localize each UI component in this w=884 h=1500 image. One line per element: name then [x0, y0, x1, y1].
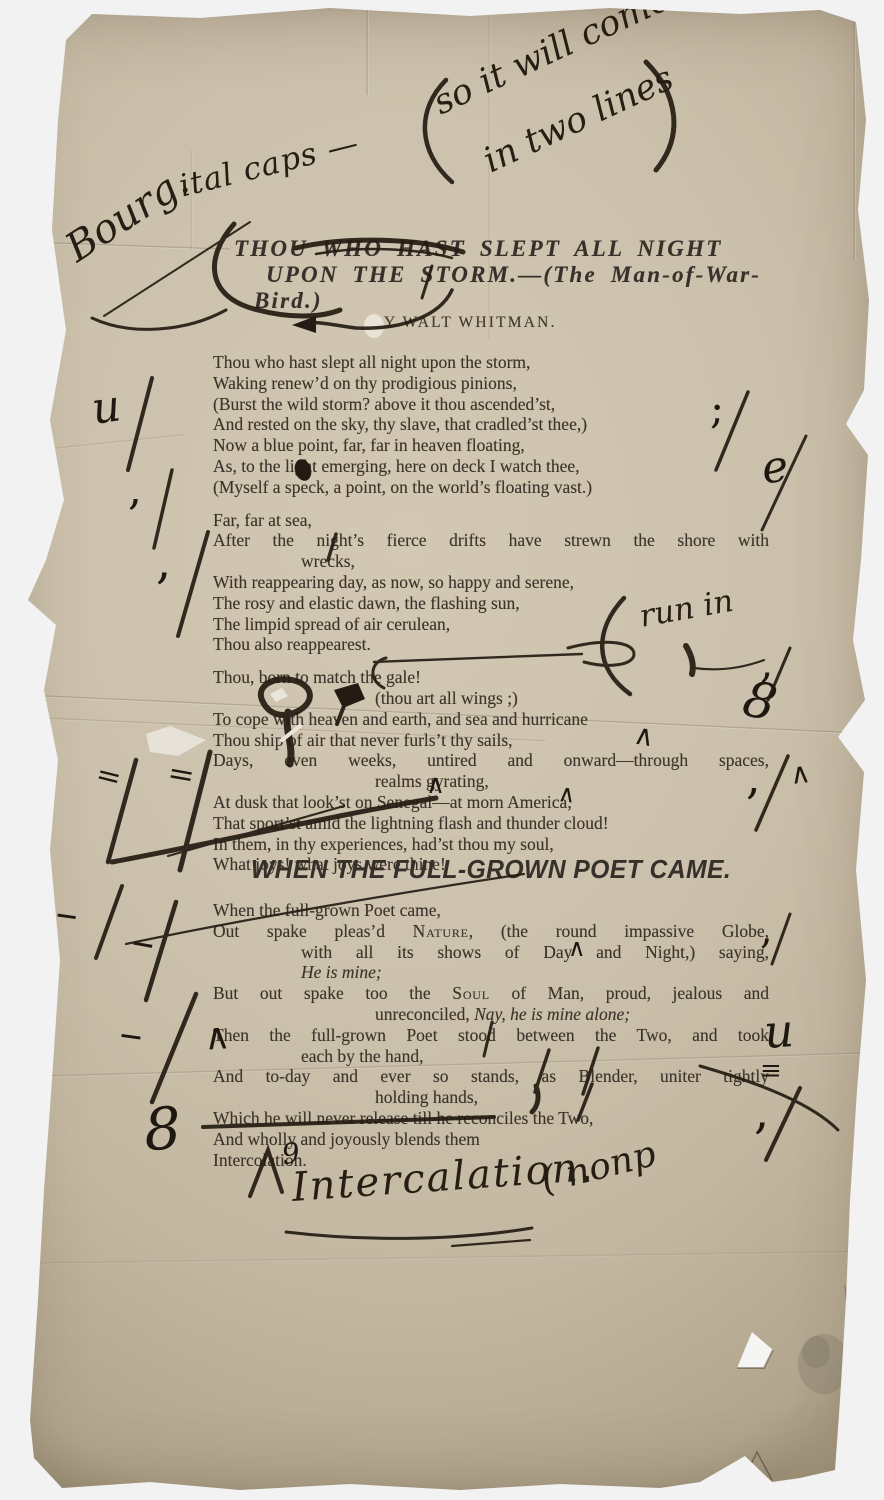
poem-line-segment: With reappearing day, as now, so happy a…: [213, 572, 574, 592]
poem-line: Which he will never release till he reco…: [213, 1108, 769, 1129]
poem2-title: WHEN THE FULL-GROWN POET CAME.: [221, 856, 760, 885]
poem-line-segment: And to-day and ever so stands, as Blende…: [213, 1066, 769, 1086]
poem-line: each by the hand,: [301, 1046, 769, 1067]
poem1-stanza-1: Thou who hast slept all night upon the s…: [213, 352, 769, 498]
poem-line: To cope with heaven and earth, and sea a…: [213, 709, 769, 730]
poem-line-segment: (thou art all wings ;): [375, 688, 518, 708]
proof-mark: u: [89, 384, 123, 432]
poem-line: Thou also reappearest.: [213, 634, 769, 655]
poem-line: holding hands,: [375, 1087, 769, 1108]
poem-line-segment: Thou ship of air that never furls’t thy …: [213, 730, 513, 750]
proof-mark: ∧: [426, 772, 445, 798]
proof-mark: ∧: [789, 759, 812, 789]
poem-line: As, to the light emerging, here on deck …: [213, 456, 769, 477]
poem-line: Waking renew’d on thy prodigious pinions…: [213, 373, 769, 394]
poem-line-segment: Then the full-grown Poet stood between t…: [213, 1025, 769, 1045]
poem-line-segment: And rested on the sky, thy slave, that c…: [213, 414, 587, 434]
proof-mark: ,: [128, 468, 142, 512]
poem-line: After the night’s fierce drifts have str…: [213, 530, 769, 551]
poem-line-segment: The limpid spread of air cerulean,: [213, 614, 450, 634]
poem-line: That sport’st amid the lightning flash a…: [213, 813, 769, 834]
poem-line: He is mine;: [301, 962, 769, 983]
poem2-body: When the full-grown Poet came,Out spake …: [213, 900, 769, 1170]
paper-sheet: THOU WHO HAST SLEPT ALL NIGHT UPON THE S…: [0, 0, 884, 1500]
poem-line-segment: Out spake pleas’d: [213, 921, 413, 941]
poem-line-segment: Far, far at sea,: [213, 510, 312, 530]
poem-line-segment: Waking renew’d on thy prodigious pinions…: [213, 373, 517, 393]
poem-line-segment: (Burst the wild storm? above it thou asc…: [213, 394, 555, 414]
poem1-title-line: THOU WHO HAST SLEPT ALL NIGHT: [234, 236, 761, 262]
proof-mark: ∧: [557, 781, 577, 807]
poem1-byline: Y WALT WHITMAN.: [384, 314, 557, 332]
poem-line: (Myself a speck, a point, on the world’s…: [213, 477, 769, 498]
poem-line: Then the full-grown Poet stood between t…: [213, 1025, 769, 1046]
poem-line: (thou art all wings ;): [375, 688, 769, 709]
proof-mark: ,: [156, 538, 171, 586]
proof-mark: ,: [754, 1088, 769, 1136]
poem-line: Far, far at sea,: [213, 510, 769, 531]
poem-line-segment: In them, in thy experiences, had’st thou…: [213, 834, 554, 854]
poem-line: At dusk that look’st on Senegal—at morn …: [213, 792, 769, 813]
poem-line: In them, in thy experiences, had’st thou…: [213, 834, 769, 855]
poem1-title-line: UPON THE STORM.—(The Man-of-War-: [266, 262, 761, 288]
poem-line-segment: Soul: [452, 983, 490, 1003]
poem-line-segment: (Myself a speck, a point, on the world’s…: [213, 477, 592, 497]
poem-line-segment: When the full-grown Poet came,: [213, 900, 441, 920]
poem-line: And to-day and ever so stands, as Blende…: [213, 1066, 769, 1087]
proof-mark: ∧: [568, 936, 586, 960]
poem-line-segment: wrecks,: [301, 551, 355, 571]
poem-line-segment: Days, even weeks, untired and onward—thr…: [213, 750, 769, 770]
poem-line: When the full-grown Poet came,: [213, 900, 769, 921]
proof-mark: e: [760, 445, 791, 491]
poem-line: Out spake pleas’d Nature, (the round imp…: [213, 921, 769, 942]
proof-mark: ,: [760, 910, 773, 950]
poem-line-segment: To cope with heaven and earth, and sea a…: [213, 709, 588, 729]
poem1-title: THOU WHO HAST SLEPT ALL NIGHT UPON THE S…: [234, 236, 761, 314]
poem-line-segment: Thou, born to match the gale!: [213, 667, 421, 687]
poem-line: Now a blue point, far, far in heaven flo…: [213, 435, 769, 456]
poem-line: (Burst the wild storm? above it thou asc…: [213, 394, 769, 415]
poem-line: Thou who hast slept all night upon the s…: [213, 352, 769, 373]
poem-line-segment: The rosy and elastic dawn, the flashing …: [213, 593, 520, 613]
poem-line-segment: Which he will never release till he reco…: [213, 1108, 593, 1128]
poem-line-segment: As, to the light emerging, here on deck …: [213, 456, 580, 476]
poem-line: with all its shows of Day and Night,) sa…: [301, 942, 769, 963]
poem-line-segment: Now a blue point, far, far in heaven flo…: [213, 435, 525, 455]
proof-mark: 9: [280, 1139, 302, 1169]
poem-line: Thou ship of air that never furls’t thy …: [213, 730, 769, 751]
poem-line: And rested on the sky, thy slave, that c…: [213, 414, 769, 435]
poem-line-segment: Nay, he is mine alone;: [474, 1004, 630, 1024]
poem-line: unreconciled, Nay, he is mine alone;: [375, 1004, 769, 1025]
proof-mark: =: [165, 756, 197, 792]
poem-line-segment: But out spake too the: [213, 983, 452, 1003]
proof-mark: ,: [746, 754, 761, 800]
poem-line-segment: holding hands,: [375, 1087, 478, 1107]
poem-line-segment: Thou also reappearest.: [213, 634, 371, 654]
proof-mark: ≡: [760, 1058, 782, 1084]
poem-line-segment: unreconciled,: [375, 1004, 474, 1024]
poem-line-segment: After the night’s fierce drifts have str…: [213, 530, 769, 550]
poem-line: wrecks,: [301, 551, 769, 572]
poem-line-segment: of Man, proud, jealous and: [490, 983, 769, 1003]
poem-line-segment: That sport’st amid the lightning flash a…: [213, 813, 609, 833]
proof-mark: ∧: [203, 1019, 232, 1057]
poem1-stanza-3: Thou, born to match the gale!(thou art a…: [213, 667, 769, 875]
poem-line-segment: He is mine;: [301, 962, 382, 982]
poem-line-segment: with all its shows of Day and Night,) sa…: [301, 942, 769, 962]
poem-line: But out spake too the Soul of Man, proud…: [213, 983, 769, 1004]
scanned-proof-page: THOU WHO HAST SLEPT ALL NIGHT UPON THE S…: [0, 0, 884, 1500]
proof-mark: u: [762, 1007, 795, 1055]
poem-line-segment: each by the hand,: [301, 1046, 423, 1066]
poem-line-segment: , (the round impassive Globe,: [469, 921, 769, 941]
poem1-title-line: Bird.): [254, 288, 761, 314]
proof-mark: 8: [142, 1099, 183, 1159]
poem-line-segment: Nature: [413, 921, 469, 941]
poem-line-segment: And wholly and joyously blends them: [213, 1129, 480, 1149]
poem-line: Thou, born to match the gale!: [213, 667, 769, 688]
poem-line-segment: At dusk that look’st on Senegal—at morn …: [213, 792, 572, 812]
proof-mark: ;: [710, 388, 724, 430]
poem-line-segment: Thou who hast slept all night upon the s…: [213, 352, 530, 372]
poem-line: Days, even weeks, untired and onward—thr…: [213, 750, 769, 771]
poem1-stanza-2: Far, far at sea,After the night’s fierce…: [213, 510, 769, 656]
